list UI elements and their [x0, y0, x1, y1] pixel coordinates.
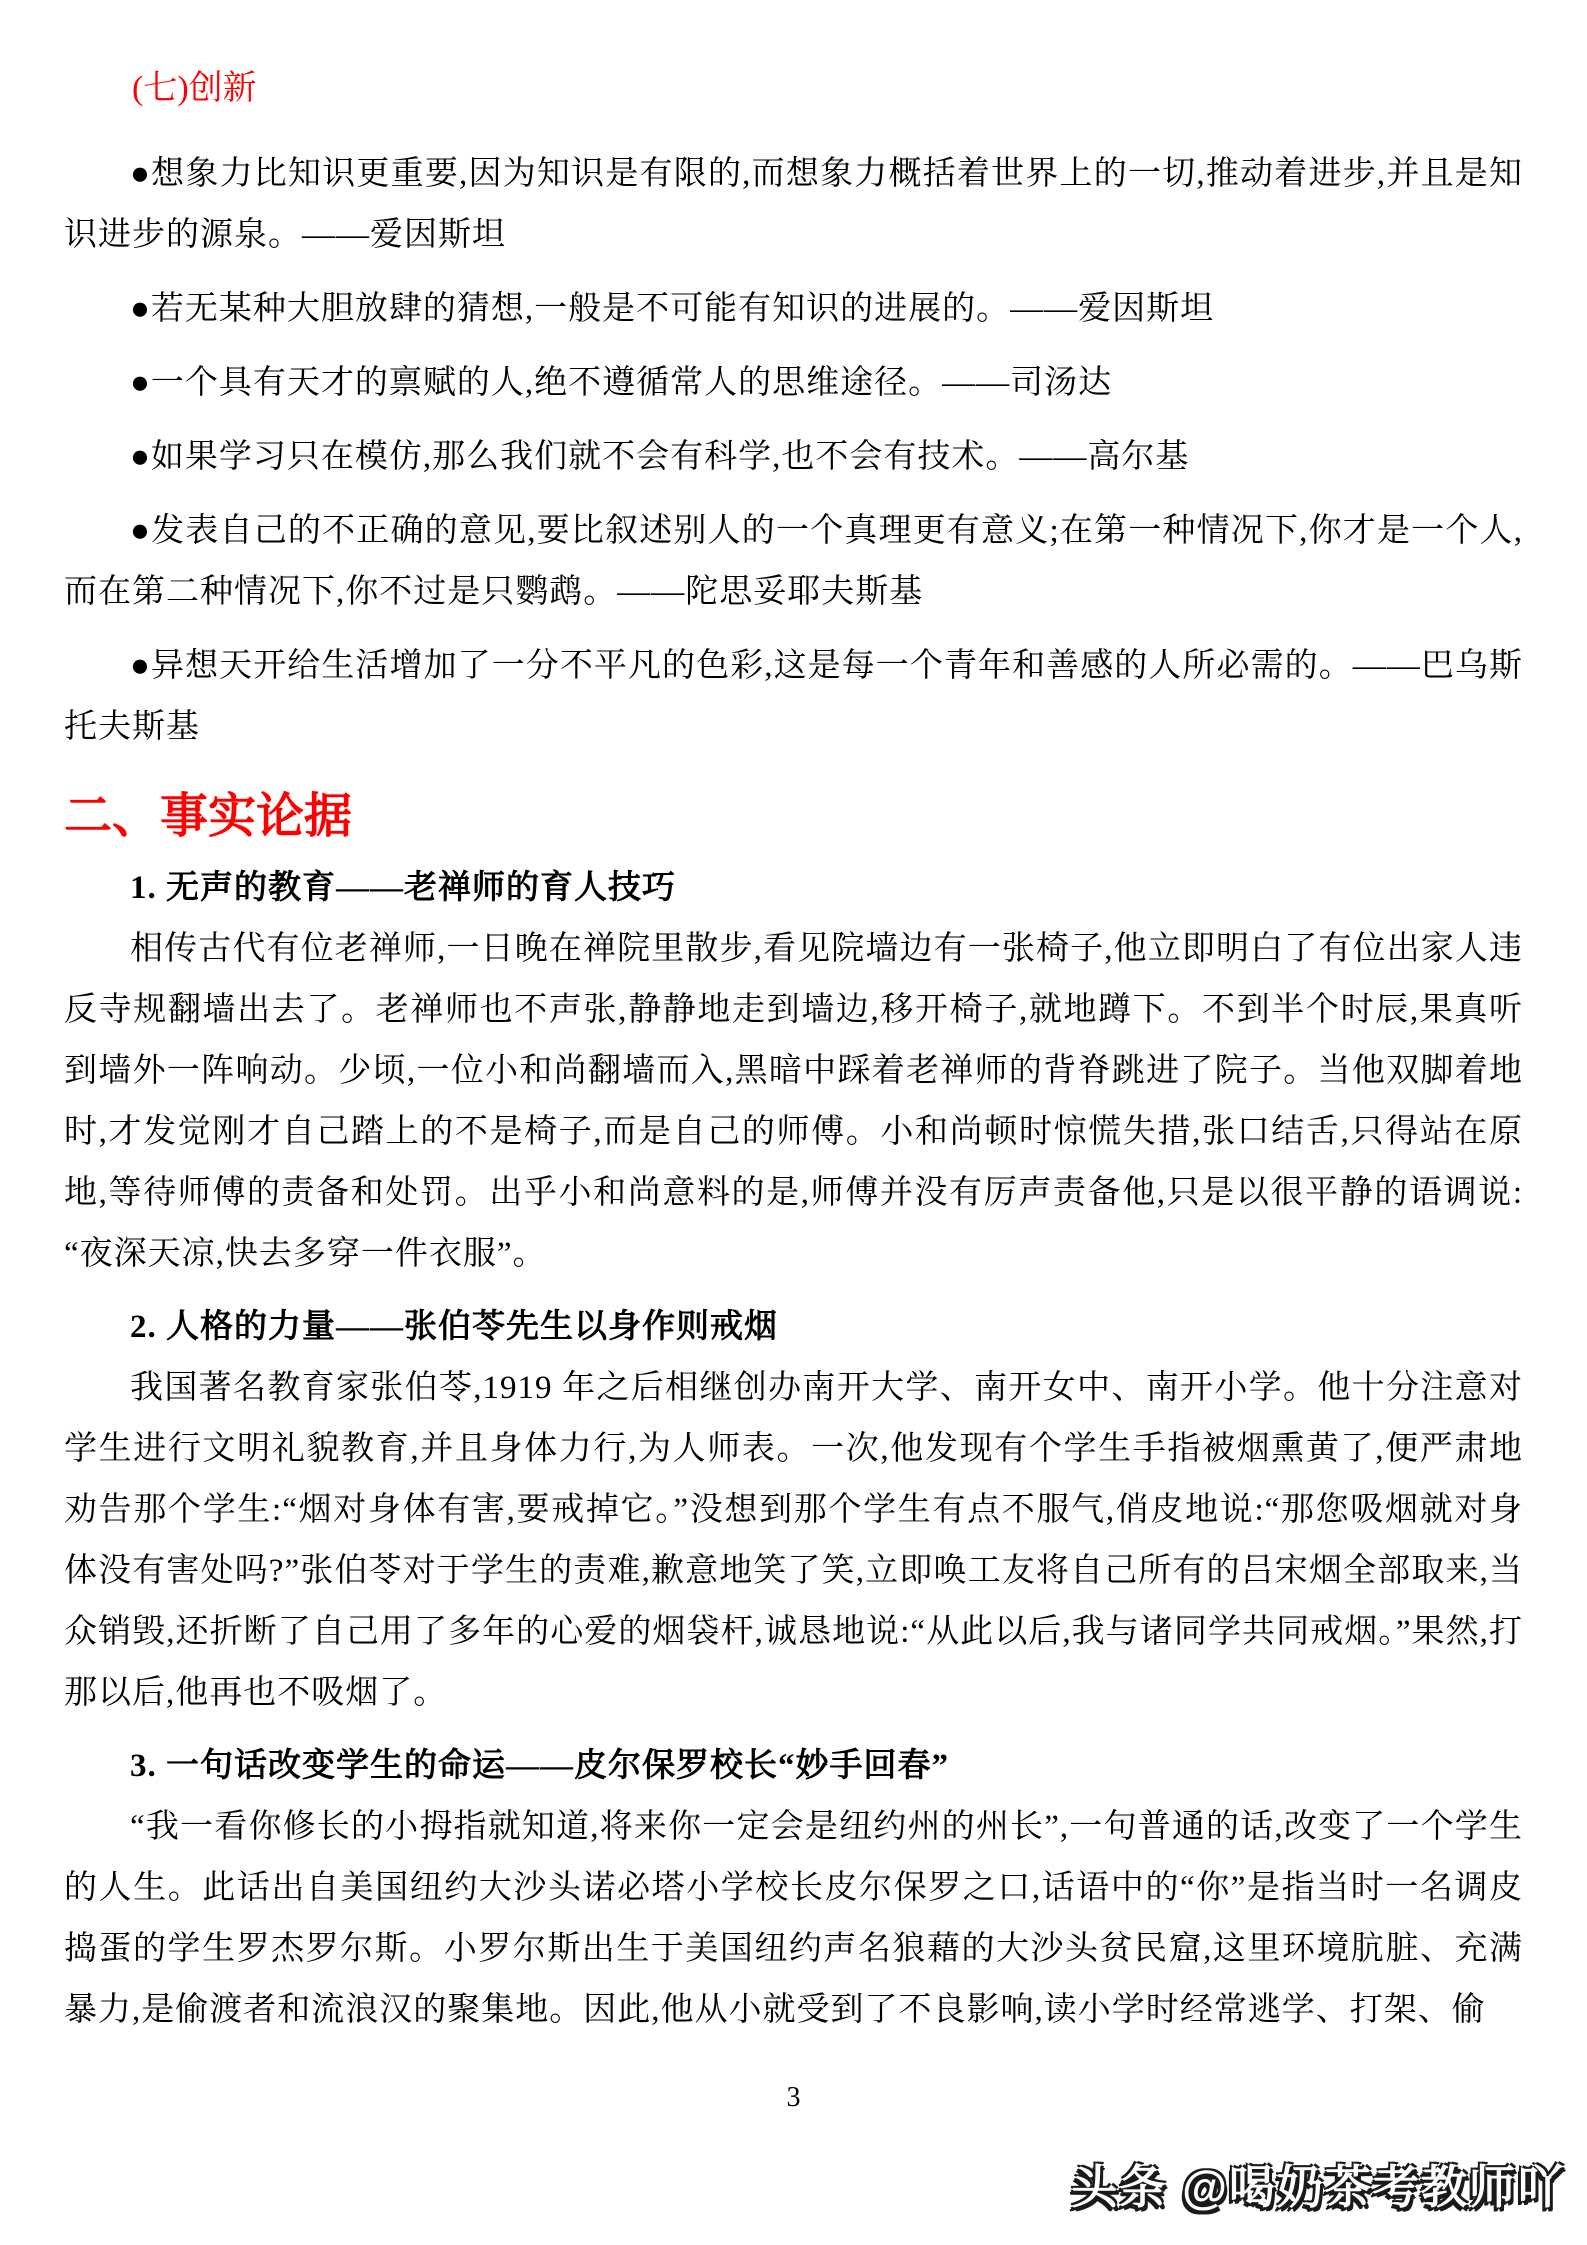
document-page: { "colors": { "heading_red": "#ff0000", … [0, 0, 1587, 2245]
story-heading-3: 3. 一句话改变学生的命运——皮尔保罗校长“妙手回春” [64, 1736, 1523, 1797]
page-number: 3 [0, 2083, 1587, 2113]
story-heading-1: 1. 无声的教育——老禅师的育人技巧 [64, 858, 1523, 919]
quote-bullet-4: ●如果学习只在模仿,那么我们就不会有科学,也不会有技术。——高尔基 [64, 427, 1523, 488]
quote-bullet-6: ●异想天开给生活增加了一分不平凡的色彩,这是每一个青年和善感的人所必需的。——巴… [64, 636, 1523, 758]
section-heading-innovation: (七)创新 [64, 66, 1523, 112]
story-body-2: 我国著名教育家张伯苓,1919 年之后相继创办南开大学、南开女中、南开小学。他十… [64, 1358, 1523, 1724]
quote-bullet-3: ●一个具有天才的禀赋的人,绝不遵循常人的思维途径。——司汤达 [64, 353, 1523, 414]
quote-bullet-2: ●若无某种大胆放肆的猜想,一般是不可能有知识的进展的。——爱因斯坦 [64, 279, 1523, 340]
document-content: (七)创新 ●想象力比知识更重要,因为知识是有限的,而想象力概括着世界上的一切,… [0, 0, 1587, 2041]
quote-bullet-5: ●发表自己的不正确的意见,要比叙述别人的一个真理更有意义;在第一种情况下,你才是… [64, 501, 1523, 623]
quote-bullet-1: ●想象力比知识更重要,因为知识是有限的,而想象力概括着世界上的一切,推动着进步,… [64, 144, 1523, 266]
story-body-1: 相传古代有位老禅师,一日晚在禅院里散步,看见院墙边有一张椅子,他立即明白了有位出… [64, 919, 1523, 1285]
watermark: 头条 @喝奶茶考教师吖 [1071, 2151, 1565, 2217]
story-heading-2: 2. 人格的力量——张伯苓先生以身作则戒烟 [64, 1297, 1523, 1358]
story-body-3: “我一看你修长的小拇指就知道,将来你一定会是纽约州的州长”,一句普通的话,改变了… [64, 1797, 1523, 2041]
section-title-factual-evidence: 二、事实论据 [64, 788, 1523, 846]
